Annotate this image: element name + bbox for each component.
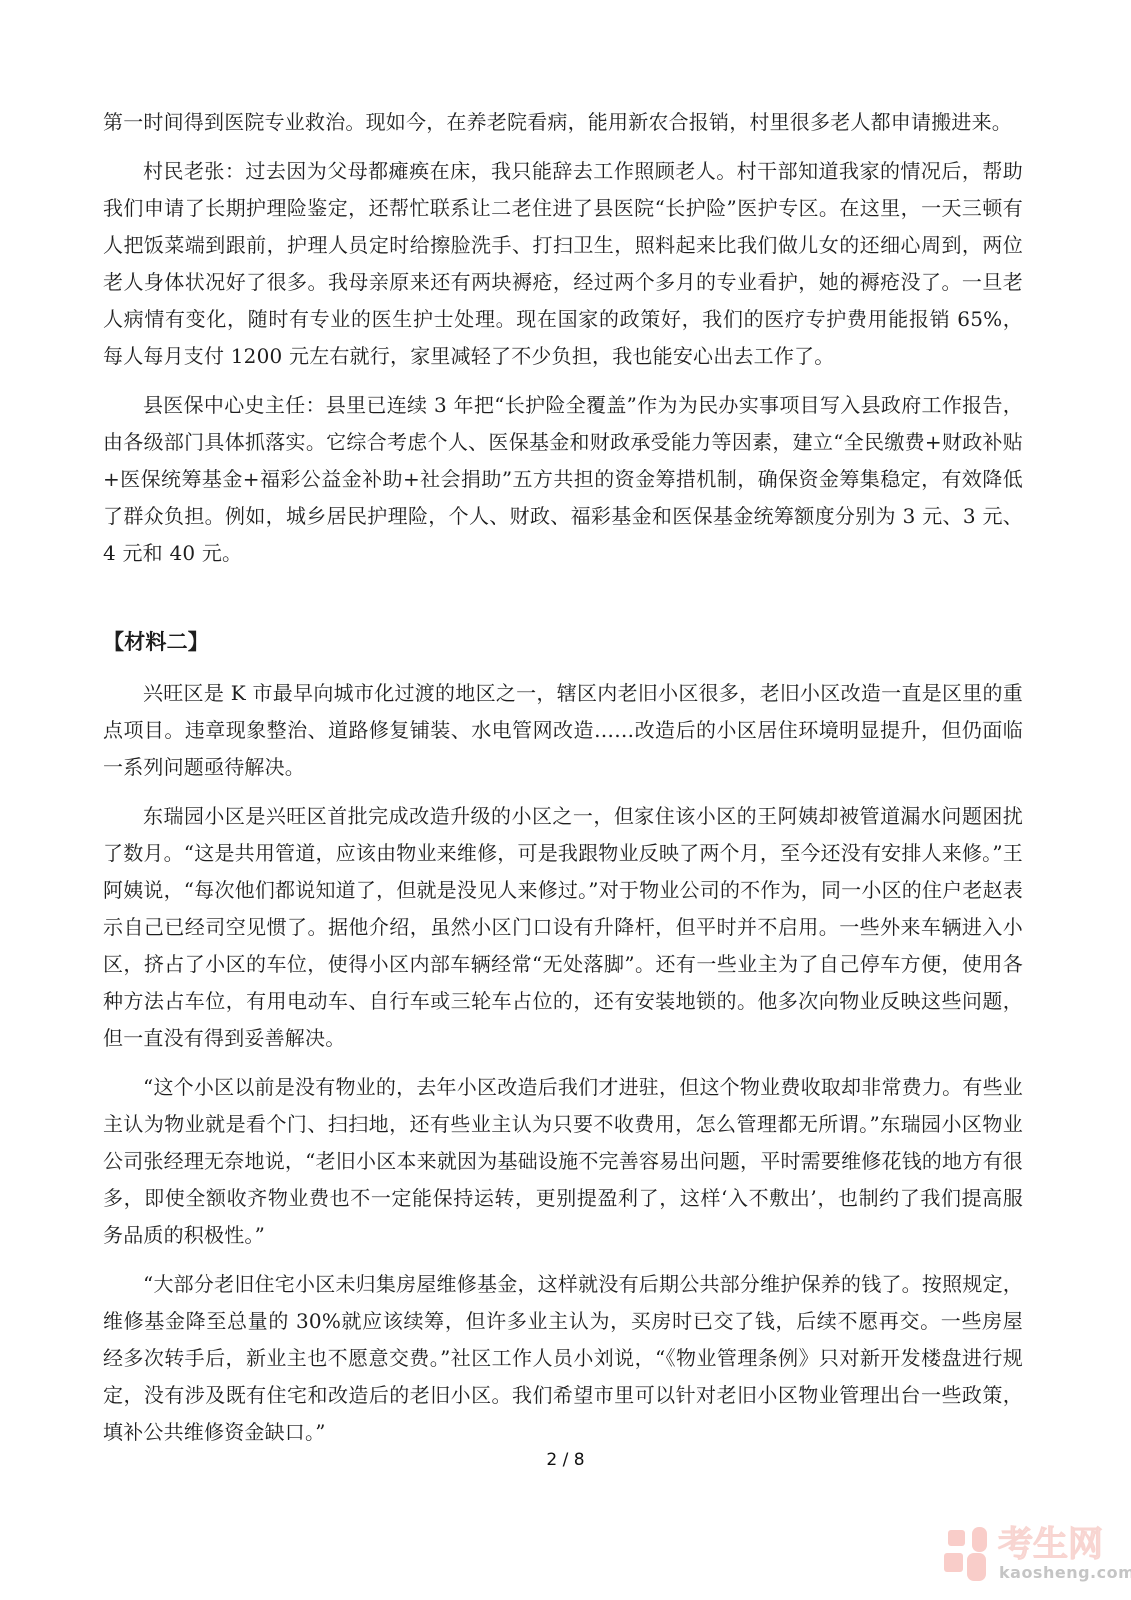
kaosheng-logo-icon (944, 1526, 990, 1584)
paragraph-xingwang-district: 兴旺区是 K 市最早向城市化过渡的地区之一，辖区内老旧小区很多，老旧小区改造一直… (103, 675, 1023, 786)
watermark-site-name: 考生网 (998, 1526, 1103, 1564)
document-body: 第一时间得到医院专业救治。现如今，在养老院看病，能用新农合报销，村里很多老人都申… (103, 104, 1023, 1463)
paragraph-villager-zhang: 村民老张：过去因为父母都瘫痪在床，我只能辞去工作照顾老人。村干部知道我家的情况后… (103, 153, 1023, 375)
document-page: 第一时间得到医院专业救治。现如今，在养老院看病，能用新农合报销，村里很多老人都申… (0, 0, 1131, 1600)
paragraph-maintenance-fund: “大部分老旧住宅小区未归集房屋维修基金，这样就没有后期公共部分维护保养的钱了。按… (103, 1266, 1023, 1451)
paragraph-medical-insurance-director: 县医保中心史主任：县里已连续 3 年把“长护险全覆盖”作为为民办实事项目写入县政… (103, 387, 1023, 572)
paragraph-dongruiyuan-community: 东瑞园小区是兴旺区首批完成改造升级的小区之一，但家住该小区的王阿姨却被管道漏水问… (103, 798, 1023, 1057)
section-heading-material-2: 【材料二】 (103, 624, 1023, 661)
kaosheng-watermark: 考生网 kaosheng.com (944, 1524, 1124, 1588)
page-number: 2 / 8 (0, 1450, 1131, 1470)
watermark-site-domain: kaosheng.com (999, 1563, 1131, 1582)
paragraph-continuation: 第一时间得到医院专业救治。现如今，在养老院看病，能用新农合报销，村里很多老人都申… (103, 104, 1023, 141)
paragraph-property-manager: “这个小区以前是没有物业的，去年小区改造后我们才进驻，但这个物业费收取却非常费力… (103, 1069, 1023, 1254)
